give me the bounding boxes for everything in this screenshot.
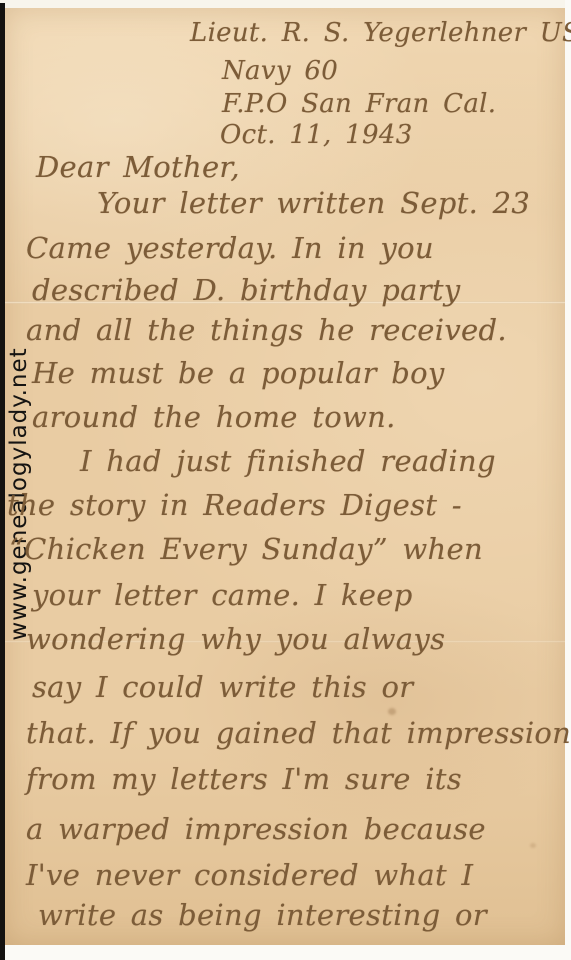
body-line: He must be a popular boy bbox=[32, 356, 445, 390]
body-line: I've never considered what I bbox=[26, 858, 473, 892]
scan-top-strip bbox=[0, 0, 571, 8]
body-line: the story in Readers Digest - bbox=[7, 488, 462, 522]
scan-right-strip bbox=[565, 0, 571, 960]
letter-date: Oct. 11, 1943 bbox=[220, 120, 413, 150]
body-line: Came yesterday. In in you bbox=[26, 231, 434, 265]
body-line: I had just finished reading bbox=[80, 444, 496, 478]
body-line: wondering why you always bbox=[26, 622, 445, 656]
body-line: your letter came. I keep bbox=[32, 578, 413, 612]
scan-bottom-strip bbox=[5, 945, 571, 960]
paper-stain bbox=[530, 843, 536, 848]
sender-unit-line: Navy 60 bbox=[222, 56, 338, 86]
body-line: and all the things he received. bbox=[26, 313, 507, 347]
body-line: that. If you gained that impression bbox=[26, 716, 571, 750]
body-line: say I could write this or bbox=[32, 670, 413, 704]
paper-stain bbox=[388, 708, 396, 715]
body-line: around the home town. bbox=[32, 400, 396, 434]
sender-address-line: F.P.O San Fran Cal. bbox=[222, 89, 496, 119]
scanned-letter-page: { "watermark": "www.genealogylady.net", … bbox=[0, 0, 571, 960]
salutation: Dear Mother, bbox=[36, 150, 240, 184]
body-line: write as being interesting or bbox=[38, 898, 487, 932]
sender-name-line: Lieut. R. S. Yegerlehner USNR bbox=[190, 18, 571, 48]
body-line: from my letters I'm sure its bbox=[26, 762, 462, 796]
body-line: “Chicken Every Sunday” when bbox=[9, 532, 483, 566]
body-line: Your letter written Sept. 23 bbox=[97, 186, 530, 220]
body-line: described D. birthday party bbox=[32, 273, 461, 307]
body-line: a warped impression because bbox=[26, 812, 486, 846]
